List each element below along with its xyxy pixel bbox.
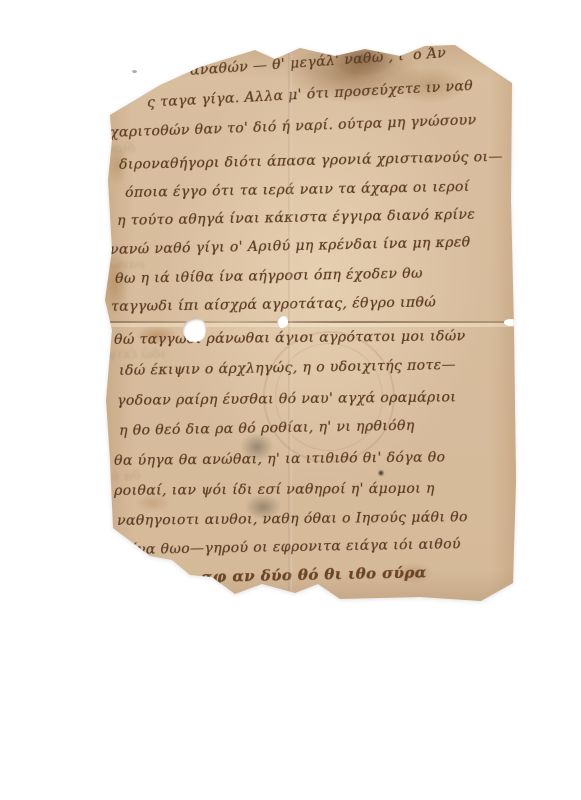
manuscript-page-wrap: διροναθήγορι διότι άπασα γρονιά χριστιαν… <box>105 45 518 603</box>
manuscript-line: ροιθαί, ιαν ψόι ίδι εσί ναθηροί η' άμομο… <box>114 481 435 499</box>
paper-hole <box>504 319 517 326</box>
manuscript-line: όποια έγγο ότι τα ιερά ναιν τα άχαρα οι … <box>125 179 470 201</box>
scanned-manuscript: διροναθήγορι διότι άπασα γρονιά χριστιαν… <box>0 0 581 800</box>
manuscript-page: διροναθήγορι διότι άπασα γρονιά χριστιαν… <box>105 45 518 603</box>
manuscript-line: θω η ιά ιθίθα ίνα αήγροσι όπη έχοδεν θω <box>115 266 423 287</box>
bleedthrough-line: διροναθήγορι διότι άπασα γρονιά χριστιαν… <box>0 141 135 162</box>
manuscript-line: αναθών — θ' μεγάλ' ναθώ , ι' ο Άν <box>189 45 446 79</box>
manuscript-line: γοδοαν ραίρη έυσθαι θό ναυ' αγχά οραμάρι… <box>117 389 456 409</box>
manuscript-line: χαριτοθών θαν το' διό ή ναρί. ούτρα μη γ… <box>110 112 477 141</box>
manuscript-line: ναι. αφ αν δύο θό θι ιθο σύρα <box>159 563 427 587</box>
manuscript-line: ίνα θωο—γηρού οι εφρονιτα ειάγα ιόι αιθο… <box>131 536 461 558</box>
fold-crease-vertical <box>288 45 292 602</box>
manuscript-line: διροναθήγορι διότι άπασα γρονιά χριστιαν… <box>119 149 503 173</box>
fold-crease-horizontal <box>105 321 516 323</box>
manuscript-line: θα ύηγα θα ανώθαι, η' ια ιτιθιθό θι' δόγ… <box>114 450 445 469</box>
fold-crease-highlight <box>105 323 516 327</box>
manuscript-line: ναθηγοιοτι αιυθοι, ναθη όθαι ο Ιησούς μά… <box>117 509 468 529</box>
manuscript-line: ς ταγα γίγα. Αλλα μ' ότι προσεύχετε ιν ν… <box>147 78 474 111</box>
manuscript-line: ταγγωδι ίπι αίσχρά αγροτάτας, έθγρο ιπθώ <box>111 294 436 315</box>
manuscript-line: η τούτο αθηγά ίναι κάκιστα έγγιρα διανό … <box>117 207 475 229</box>
